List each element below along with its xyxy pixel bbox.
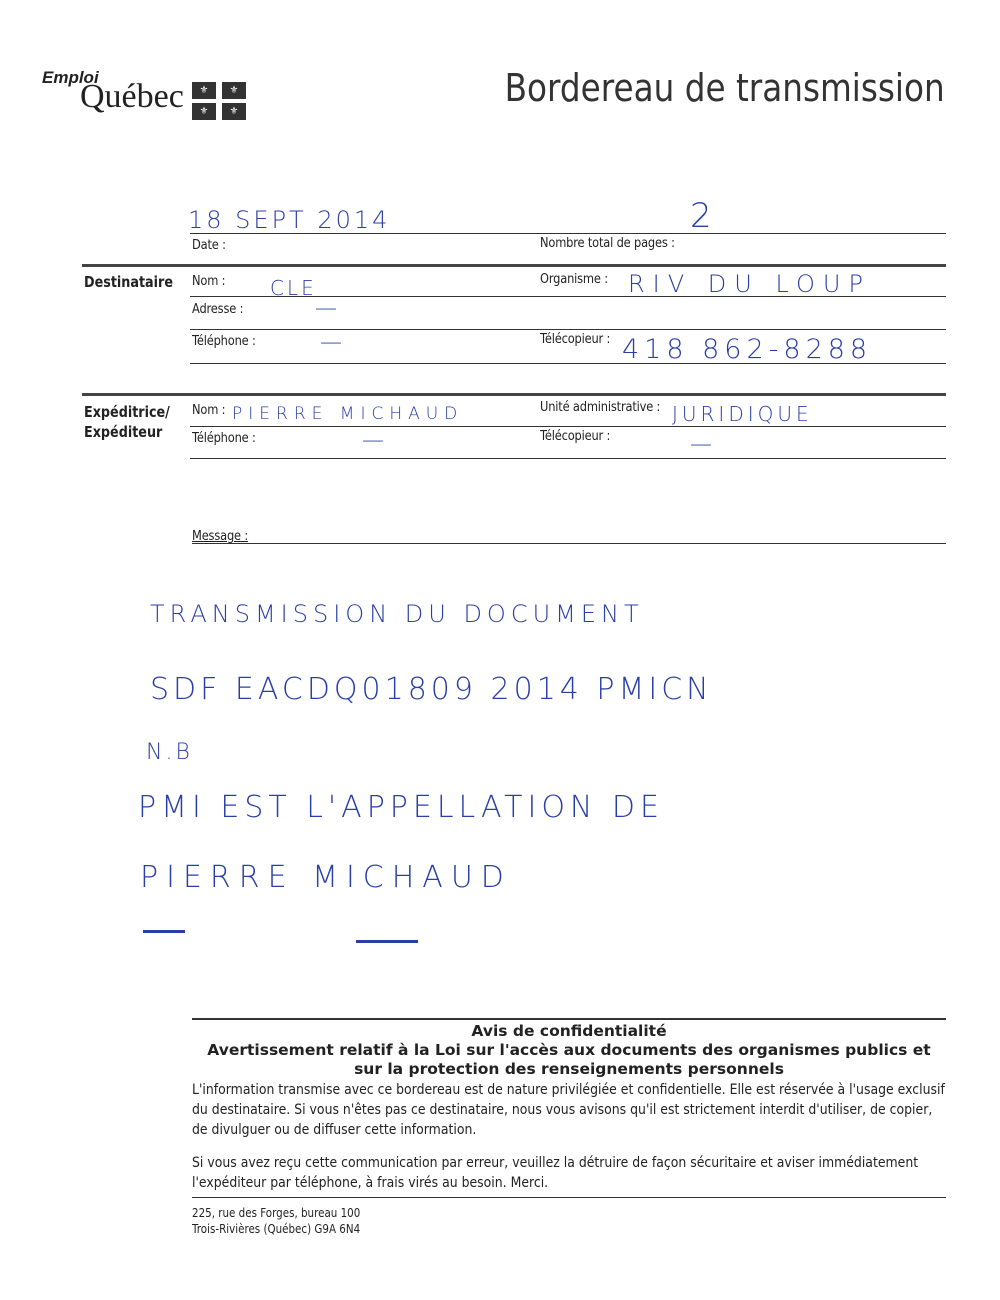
sender-name-label: Nom :	[192, 403, 225, 418]
recipient-fax-value: 418 862-8288	[622, 334, 872, 365]
sender-top-rule	[82, 393, 946, 396]
date-value: 18 SEPT 2014	[188, 206, 390, 234]
unit-value: JURIDIQUE	[672, 402, 813, 426]
pages-label: Nombre total de pages :	[540, 236, 675, 251]
address-value: —	[315, 296, 340, 321]
footer-rule	[192, 1197, 946, 1198]
notice-title: Avis de confidentialité	[192, 1022, 946, 1041]
recipient-bottom-line	[190, 363, 946, 364]
sender-section-label-line1: Expéditrice/	[84, 402, 170, 422]
footer-address: 225, rue des Forges, bureau 100 Trois-Ri…	[192, 1205, 360, 1237]
sender-name-value: PIERRE MICHAUD	[232, 404, 463, 424]
footer-address-line2: Trois-Rivières (Québec) G9A 6N4	[192, 1221, 360, 1237]
organisation-label: Organisme :	[540, 272, 608, 287]
message-line-2: SDF EACDQ01809 2014 PMICN	[150, 672, 713, 707]
message-line-3: N.B	[146, 740, 193, 765]
fleur-de-lis-icon: ⚜	[222, 82, 246, 99]
fleur-de-lis-icon: ⚜	[192, 103, 216, 120]
recipient-phone-value: —	[320, 330, 345, 355]
pages-value: 2	[690, 196, 715, 236]
date-line	[190, 233, 946, 234]
notice-subtitle-2: sur la protection des renseignements per…	[192, 1060, 946, 1079]
message-line-4: PMI EST L'APPELLATION DE	[138, 790, 664, 825]
sender-phone-label: Téléphone :	[192, 431, 256, 446]
message-line-5: PIERRE MICHAUD	[140, 860, 512, 895]
notice-paragraph-2: Si vous avez reçu cette communication pa…	[192, 1153, 949, 1193]
recipient-name-line	[190, 296, 946, 297]
recipient-phone-label: Téléphone :	[192, 334, 256, 349]
notice-top-rule	[192, 1018, 946, 1020]
notice-paragraph-1: L'information transmise avec ce borderea…	[192, 1080, 949, 1140]
sender-name-line	[190, 426, 946, 427]
sender-fax-label: Télécopieur :	[540, 429, 610, 444]
unit-label: Unité administrative :	[540, 400, 660, 415]
message-line	[192, 543, 946, 544]
recipient-name-label: Nom :	[192, 274, 225, 289]
recipient-section-label: Destinataire	[84, 272, 173, 292]
sender-phone-value: —	[362, 428, 387, 453]
footer-address-line1: 225, rue des Forges, bureau 100	[192, 1205, 360, 1221]
address-line	[190, 329, 946, 330]
document-title: Bordereau de transmission	[505, 66, 945, 110]
underline-mark	[143, 930, 185, 933]
logo-quebec-text: Québec	[80, 78, 184, 116]
recipient-fax-label: Télécopieur :	[540, 332, 610, 347]
notice-subtitle-1: Avertissement relatif à la Loi sur l'acc…	[192, 1041, 946, 1060]
sender-bottom-line	[190, 458, 946, 459]
underline-mark	[356, 940, 418, 943]
organisation-value: RIV DU LOUP	[628, 270, 871, 298]
sender-section-label: Expéditrice/ Expéditeur	[84, 402, 170, 442]
message-line-1: TRANSMISSION DU DOCUMENT	[150, 600, 644, 628]
recipient-top-rule	[82, 264, 946, 267]
date-label: Date :	[192, 238, 226, 253]
sender-section-label-line2: Expéditeur	[84, 422, 170, 442]
sender-fax-value: —	[690, 432, 715, 457]
message-label: Message :	[192, 529, 248, 544]
address-label: Adresse :	[192, 302, 243, 317]
fleur-de-lis-icon: ⚜	[192, 82, 216, 99]
quebec-flag-icon: ⚜ ⚜ ⚜ ⚜	[192, 82, 246, 120]
confidentiality-notice: Avis de confidentialité Avertissement re…	[192, 1022, 946, 1079]
fleur-de-lis-icon: ⚜	[222, 103, 246, 120]
